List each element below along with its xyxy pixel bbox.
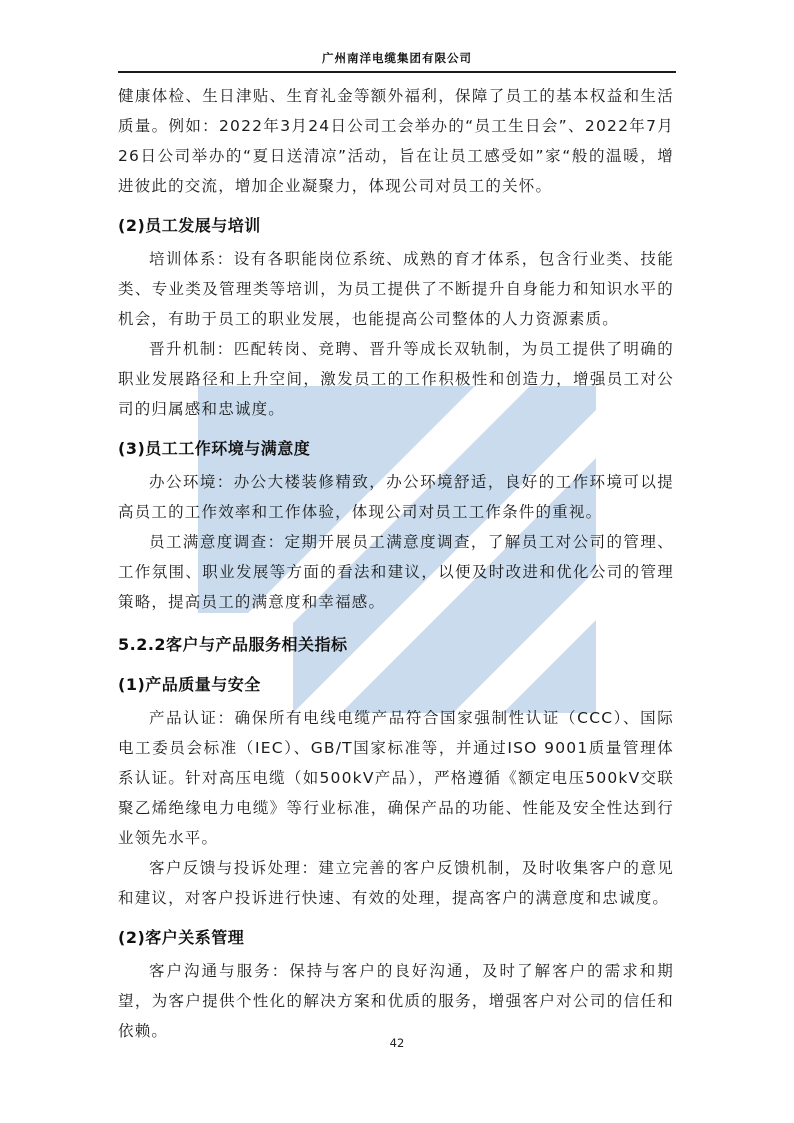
document-page: 广州南洋电缆集团有限公司 健康体检、生日津贴、生育礼金等额外福利，保障了员工的基… [0, 0, 794, 1123]
body-paragraph: 员工满意度调查：定期开展员工满意度调查，了解员工对公司的管理、工作氛围、职业发展… [118, 527, 674, 617]
body-paragraph: 办公环境：办公大楼装修精致，办公环境舒适，良好的工作环境可以提高员工的工作效率和… [118, 467, 674, 527]
document-body: 健康体检、生日津贴、生育礼金等额外福利，保障了员工的基本权益和生活质量。例如：2… [118, 81, 674, 1041]
body-paragraph: 健康体检、生日津贴、生育礼金等额外福利，保障了员工的基本权益和生活质量。例如：2… [118, 81, 674, 201]
page-footer: 42 [0, 1036, 794, 1050]
header-company-name: 广州南洋电缆集团有限公司 [118, 50, 676, 66]
body-paragraph: 晋升机制：匹配转岗、竞聘、晋升等成长双轨制，为员工提供了明确的职业发展路径和上升… [118, 334, 674, 424]
section-heading: (3)员工工作环境与满意度 [118, 433, 674, 464]
section-heading: (2)员工发展与培训 [118, 210, 674, 241]
body-paragraph: 客户沟通与服务：保持与客户的良好沟通，及时了解客户的需求和期望，为客户提供个性化… [118, 956, 674, 1041]
section-heading: (1)产品质量与安全 [118, 669, 674, 700]
body-paragraph: 产品认证：确保所有电线电缆产品符合国家强制性认证（CCC）、国际电工委员会标准（… [118, 703, 674, 853]
body-paragraph: 客户反馈与投诉处理：建立完善的客户反馈机制，及时收集客户的意见和建议，对客户投诉… [118, 853, 674, 913]
page-header: 广州南洋电缆集团有限公司 [118, 0, 676, 73]
body-paragraph: 培训体系：设有各职能岗位系统、成熟的育才体系，包含行业类、技能类、专业类及管理类… [118, 244, 674, 334]
header-rule [118, 71, 676, 73]
page-number: 42 [390, 1036, 405, 1050]
section-heading: 5.2.2客户与产品服务相关指标 [118, 629, 674, 660]
section-heading: (2)客户关系管理 [118, 922, 674, 953]
